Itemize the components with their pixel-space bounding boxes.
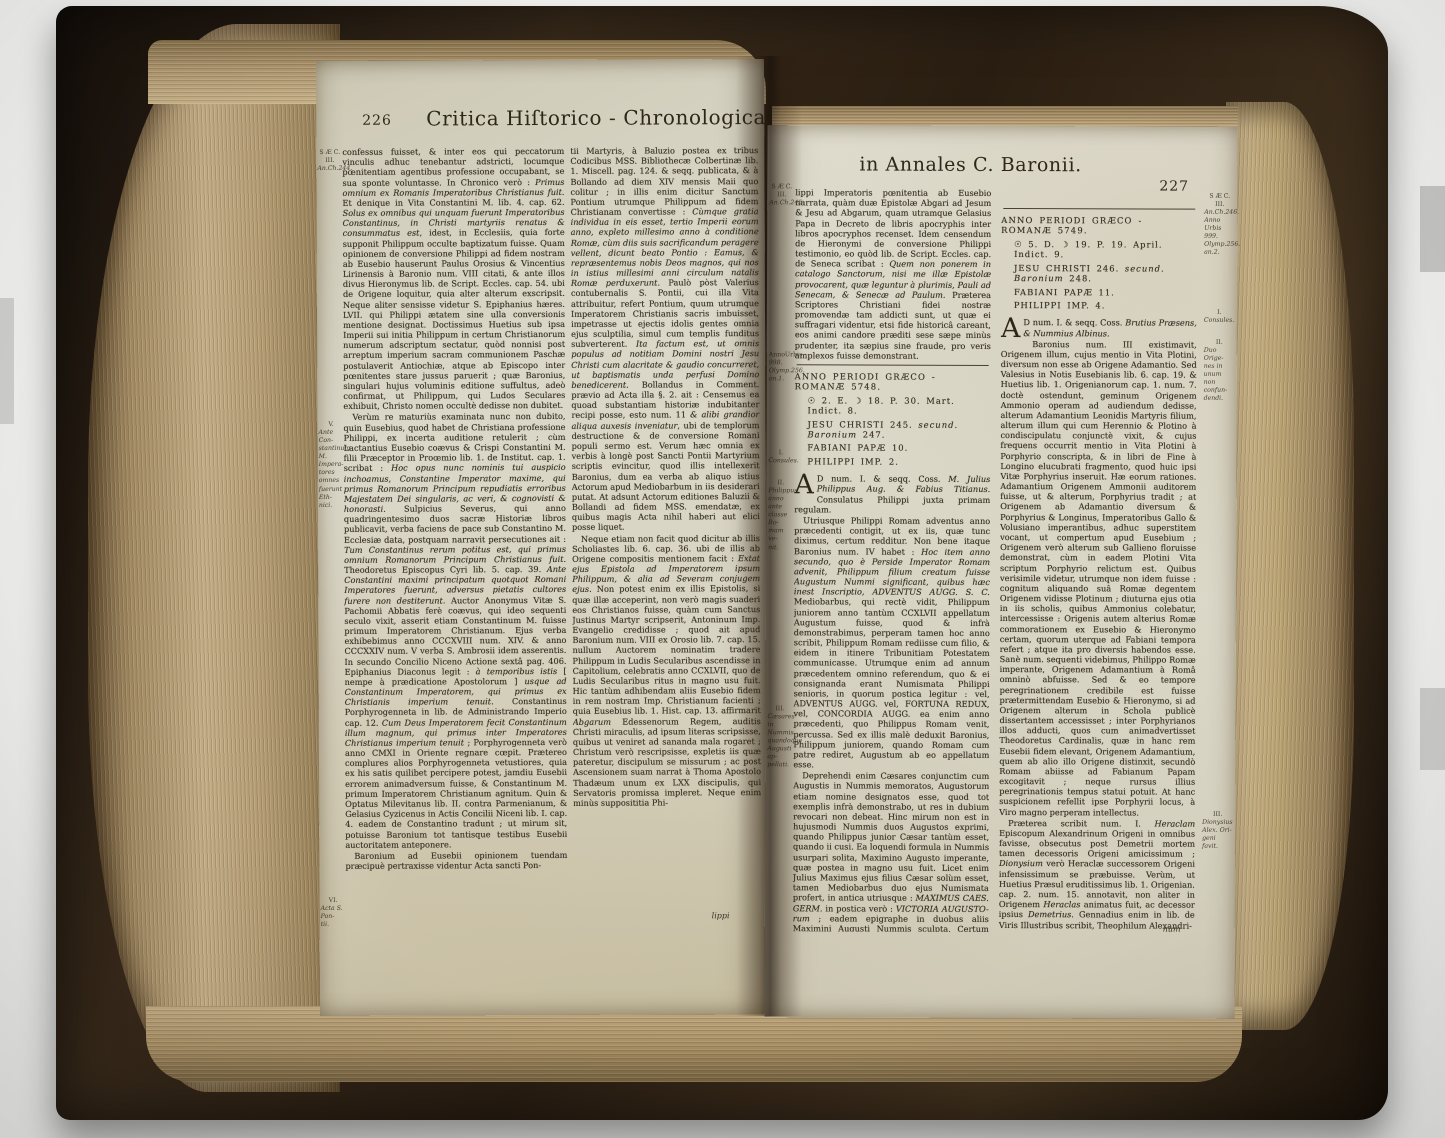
left-page-column-2: tii Martyris, à Baluzio postea ex tribus… (570, 145, 762, 952)
paragraph: Deprehendi enim Cæsares conjunctim cum A… (793, 771, 990, 932)
left-page-column-1: confessus fuisset, & inter eos qui pecca… (342, 146, 568, 953)
margin-notes-gutter-side: S Æ C. III.An.Ch.245.AnnoUrbis998.Olymp.… (766, 125, 794, 1017)
catchword-left: lippi (712, 911, 730, 920)
margin-note: V.Ante Con-stantinumM. Impera-tores omne… (318, 421, 343, 510)
paragraph: AD num. I. & seqq. Coss. Brutius Præsens… (1001, 317, 1197, 338)
paragraph: Neque etiam non facit quod dicitur ab il… (572, 533, 761, 808)
margin-note: AnnoUrbis998.Olymp.256.an.1. (769, 351, 794, 383)
margin-note: III.DionysiusAlex. Ori-geni favit. (1202, 811, 1233, 851)
chronology-line: JESU CHRISTI 246. secund. Baronium 248. (1014, 263, 1197, 284)
background-artifact-right-upper (1420, 186, 1445, 272)
right-page: in Annales C. Baronii. 227 S Æ C. III.An… (764, 125, 1237, 1019)
paragraph: confessus fuisset, & inter eos qui pecca… (342, 146, 565, 411)
chronology-line: PHILIPPI IMP. 2. (807, 456, 990, 467)
background-artifact-left (0, 298, 14, 424)
margin-note: I.Consules. (768, 449, 793, 465)
margin-note: VI.Acta S. Pon-tii. (321, 897, 346, 929)
chronology-block-5748: ANNO PERIODI GRÆCO - ROMANÆ 5748.☉ 2. E.… (794, 371, 990, 467)
column-1-intro: lippi Imperatoris pœnitentia ab Eusebio … (795, 187, 992, 361)
paragraph: Præterea scribit num. I. Heraclam Episco… (999, 818, 1195, 931)
margin-note: S Æ C. III.An.Ch.246.Anno Urbis999.Olymp… (1204, 193, 1235, 258)
paragraph: Baronium ad Eusebii opinionem tuendam pr… (345, 850, 567, 871)
right-page-column-1: lippi Imperatoris pœnitentia ab Eusebio … (793, 187, 992, 932)
margin-note: S Æ C. III.An.Ch.245. (769, 183, 794, 207)
margin-note: II.Philippusanno anteclasse Ro-mam ve-ni… (768, 479, 793, 552)
running-title-left: Critica Hiſtorico - Chronologica (426, 105, 766, 130)
chronology-line: FABIANI PAPÆ 11. (1014, 287, 1197, 298)
chronology-line: FABIANI PAPÆ 10. (807, 443, 990, 454)
page-edges-right (1226, 102, 1354, 1030)
drop-cap: A (1001, 318, 1021, 339)
column-1-body: AD num. I. & seqq. Coss. M. Julius Phili… (793, 474, 991, 932)
margin-note: II.Duo Orige-nes in unumnon confun-dendi… (1204, 339, 1235, 404)
column-2-body: AD num. I. & seqq. Coss. Brutius Præsens… (999, 317, 1197, 930)
paragraph: Baronius num. III existimavit, Origenem … (999, 339, 1197, 818)
paragraph: tii Martyris, à Baluzio postea ex tribus… (570, 145, 760, 532)
chronology-line: ☉ 5. D. ☽ 19. P. 19. April. Indict. 9. (1014, 239, 1197, 260)
catchword-right: num (1163, 925, 1181, 934)
chronology-block-5749: ANNO PERIODI GRÆCO - ROMANÆ 5749.☉ 5. D.… (1001, 215, 1197, 311)
chronology-line: ☉ 2. E. ☽ 18. P. 30. Mart. Indict. 8. (808, 395, 991, 416)
section-rule-col2 (1003, 208, 1195, 210)
paragraph: Verùm re maturiùs examinata nunc non dub… (343, 411, 567, 849)
margin-note: S Æ C. III.An.Ch.244. (317, 149, 342, 173)
margin-note: III.Cæsares inNummisquandoqueAugusti ap-… (767, 705, 792, 770)
page-number-left: 226 (362, 113, 392, 129)
margin-notes-outer-side: S Æ C. III.An.Ch.246.Anno Urbis999.Olymp… (1201, 127, 1235, 1019)
section-rule-col1 (797, 364, 989, 366)
paragraph: Utriusque Philippi Romam adventus anno p… (793, 515, 990, 770)
chronology-line: ANNO PERIODI GRÆCO - ROMANÆ 5748. (795, 371, 991, 393)
chronology-line: PHILIPPI IMP. 4. (1014, 300, 1197, 311)
book-photo: 226 Critica Hiſtorico - Chronologica S Æ… (0, 0, 1445, 1138)
paragraph: lippi Imperatoris pœnitentia ab Eusebio … (795, 187, 992, 361)
chronology-line: ANNO PERIODI GRÆCO - ROMANÆ 5749. (1001, 215, 1197, 237)
chronology-line: JESU CHRISTI 245. secund. Baronium 247. (807, 419, 990, 440)
left-page: 226 Critica Hiſtorico - Chronologica S Æ… (316, 59, 768, 1016)
page-edges-left (88, 24, 340, 1092)
running-title-right: in Annales C. Baronii. (859, 154, 1081, 177)
background-artifact-right-lower (1420, 688, 1445, 770)
page-number-right: 227 (1159, 179, 1189, 195)
drop-cap: A (794, 475, 814, 496)
right-page-column-2: ANNO PERIODI GRÆCO - ROMANÆ 5749.☉ 5. D.… (999, 204, 1198, 933)
margin-note: I.Consules. (1204, 309, 1235, 325)
paragraph: AD num. I. & seqq. Coss. M. Julius Phili… (794, 474, 990, 515)
